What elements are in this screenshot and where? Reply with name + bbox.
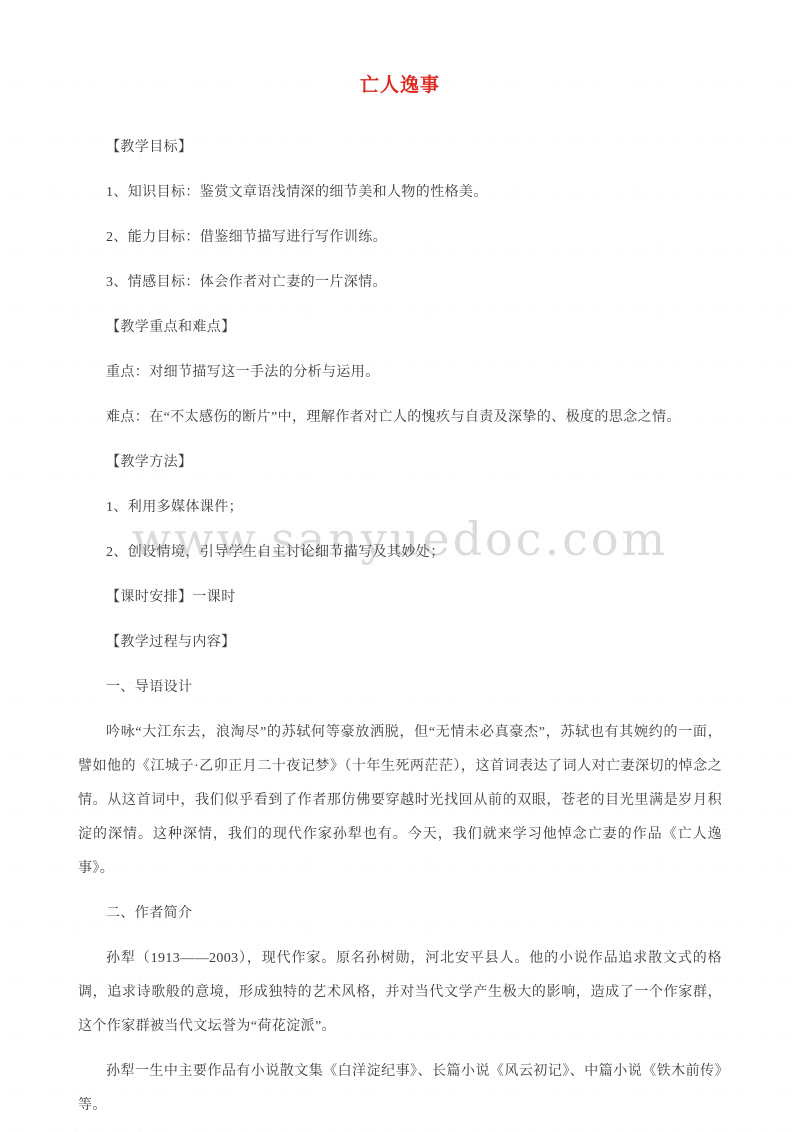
list-item-key-point: 重点：对细节描写这一手法的分析与运用。: [78, 356, 722, 390]
section-heading-teaching-process: 【教学过程与内容】: [78, 626, 722, 660]
list-item-ability-goal: 2、能力目标：借鉴细节描写进行写作训练。: [78, 221, 722, 255]
subheading-lead-in-design: 一、导语设计: [78, 671, 722, 705]
list-item-knowledge-goal: 1、知识目标：鉴赏文章语浅情深的细节美和人物的性格美。: [78, 176, 722, 210]
list-item-emotion-goal: 3、情感目标：体会作者对亡妻的一片深情。: [78, 266, 722, 300]
document-page: www.sanyuedoc.com 亡人逸事 【教学目标】 1、知识目标：鉴赏文…: [0, 0, 800, 1132]
section-heading-teaching-goals: 【教学目标】: [78, 131, 722, 165]
section-heading-key-points: 【教学重点和难点】: [78, 311, 722, 345]
section-heading-teaching-method: 【教学方法】: [78, 446, 722, 480]
document-content: 亡人逸事 【教学目标】 1、知识目标：鉴赏文章语浅情深的细节美和人物的性格美。 …: [0, 0, 800, 1123]
list-item-method-1: 1、利用多媒体课件；: [78, 491, 722, 525]
paragraph-lead-in: 吟咏“大江东去，浪淘尽”的苏轼何等豪放洒脱，但“无情未必真豪杰”，苏轼也有其婉约…: [78, 716, 722, 886]
list-item-method-2: 2、创设情境，引导学生自主讨论细节描写及其妙处；: [78, 536, 722, 570]
paragraph-author-bio: 孙犁（1913——2003），现代作家。原名孙树勋，河北安平县人。他的小说作品追…: [78, 942, 722, 1044]
document-title: 亡人逸事: [78, 70, 722, 97]
paragraph-author-works: 孙犁一生中主要作品有小说散文集《白洋淀纪事》、长篇小说《风云初记》、中篇小说《铁…: [78, 1055, 722, 1123]
section-heading-class-schedule: 【课时安排】一课时: [78, 581, 722, 615]
list-item-difficult-point: 难点：在“不太感伤的断片”中，理解作者对亡人的愧疚与自责及深挚的、极度的思念之情…: [78, 401, 722, 435]
subheading-author-intro: 二、作者简介: [78, 897, 722, 931]
